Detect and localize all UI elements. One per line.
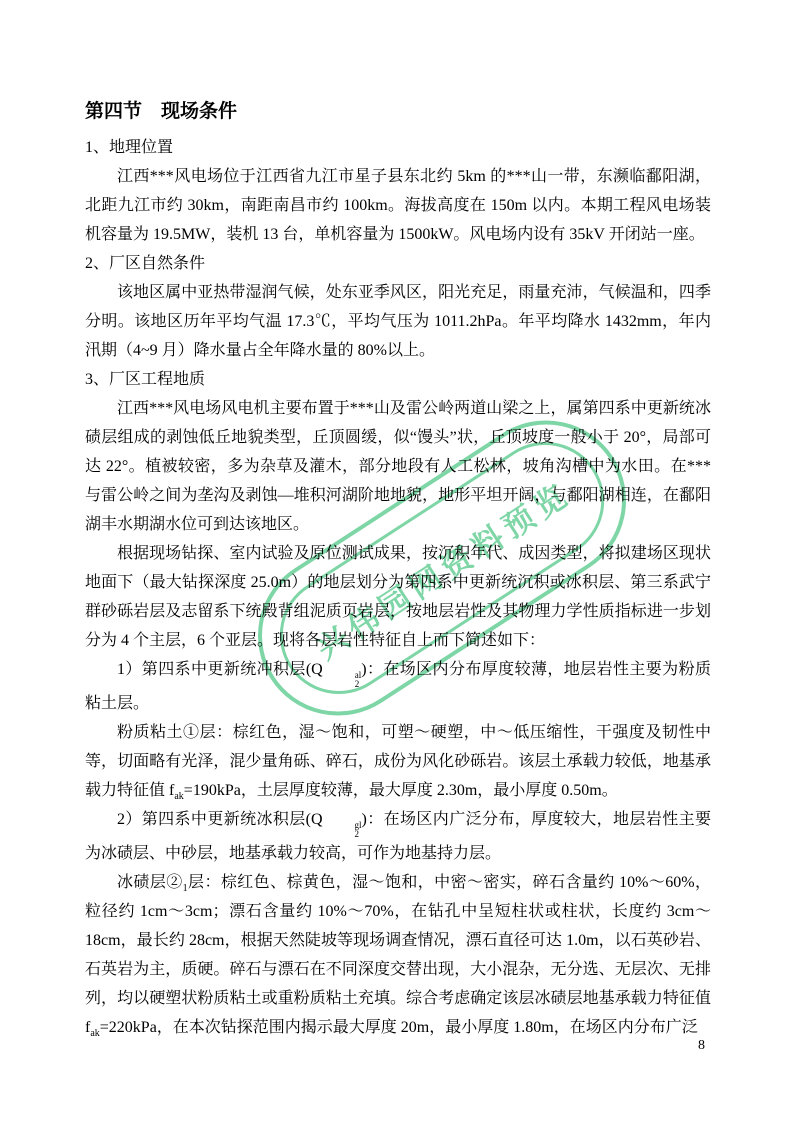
section-heading: 1、地理位置 — [85, 133, 711, 162]
paragraph: 根据现场钻探、室内试验及原位测试成果，按沉积年代、成因类型，将拟建场区现状地面下… — [85, 539, 711, 655]
section-heading: 3、厂区工程地质 — [85, 365, 711, 394]
text-blocks: 1、地理位置江西***风电场位于江西省九江市星子县东北约 5km 的***山一带… — [85, 133, 711, 1042]
sub-sup-stack: gl2 — [323, 821, 362, 839]
paragraph: 江西***风电场风电机主要布置于***山及雷公岭两道山梁之上，属第四系中更新统冰… — [85, 394, 711, 539]
sub-sup-stack: al2 — [323, 671, 362, 689]
document-body: 第四节 现场条件 1、地理位置江西***风电场位于江西省九江市星子县东北约 5k… — [85, 94, 711, 1042]
paragraph: 粉质粘土①层：棕红色，湿～饱和，可塑～硬塑，中～低压缩性，干强度及韧性中等，切面… — [85, 718, 711, 805]
document-page: 兴伟园网资料预览 第四节 现场条件 1、地理位置江西***风电场位于江西省九江市… — [0, 0, 793, 1122]
paragraph: 2）第四系中更新统冰积层(Qgl2)：在场区内广泛分布，厚度较大，地层岩性主要为… — [85, 805, 711, 868]
paragraph: 冰碛层②1层：棕红色、棕黄色，湿～饱和，中密～密实，碎石含量约 10%～60%，… — [85, 868, 711, 1042]
paragraph: 江西***风电场位于江西省九江市星子县东北约 5km 的***山一带，东濒临鄱阳… — [85, 162, 711, 249]
section-title: 第四节 现场条件 — [85, 94, 711, 130]
section-heading: 2、厂区自然条件 — [85, 249, 711, 278]
page-number: 8 — [698, 1036, 705, 1056]
paragraph: 1）第四系中更新统冲积层(Qal2)：在场区内分布厚度较薄，地层岩性主要为粉质粘… — [85, 655, 711, 718]
paragraph: 该地区属中亚热带湿润气候，处东亚季风区，阳光充足，雨量充沛，气候温和，四季分明。… — [85, 278, 711, 365]
